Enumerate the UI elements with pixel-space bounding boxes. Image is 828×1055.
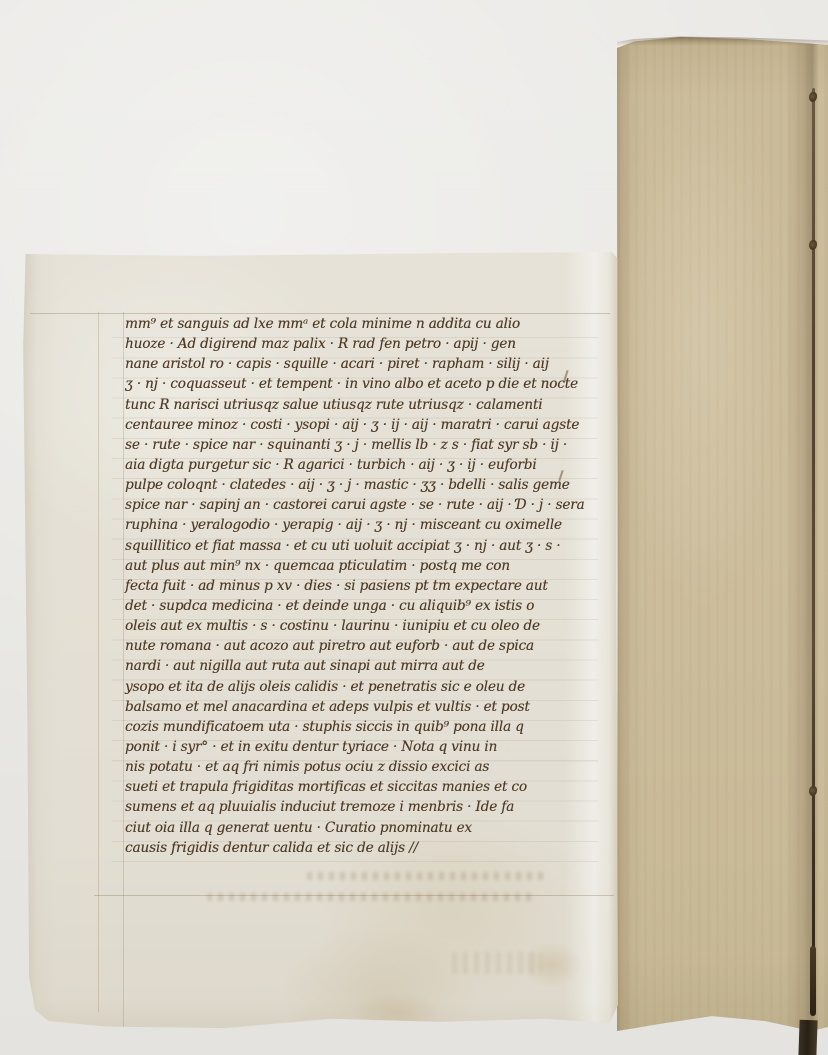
text-line: det · supdca medicina · et deinde unga ·… bbox=[125, 596, 599, 616]
parchment-stain bbox=[352, 992, 442, 1032]
text-line: nute romana · aut acozo aut piretro aut … bbox=[125, 636, 599, 656]
show-through-text bbox=[307, 872, 547, 880]
text-line: pulpe coloqnt · clatedes · aij · ʒ · j ·… bbox=[125, 475, 599, 495]
show-through-text bbox=[207, 893, 537, 901]
text-line: ciut oia illa q generat uentu · Curatio … bbox=[125, 818, 599, 838]
text-line: mm⁹ et sanguis ad lxe mmᵃ et cola minime… bbox=[125, 314, 599, 334]
text-line: nis potatu · et aq fri nimis potus ociu … bbox=[125, 757, 599, 777]
ribbon-tail bbox=[798, 1020, 817, 1055]
manuscript-leaf: mm⁹ et sanguis ad lxe mmᵃ et cola minime… bbox=[22, 252, 618, 1032]
text-line: nane aristol ro · capis · squille · acar… bbox=[125, 354, 599, 374]
text-line: huoze · Ad digirend maz palix · R rad fe… bbox=[125, 334, 599, 354]
ruling-line-vertical bbox=[98, 312, 99, 1012]
text-line: cozis mundificatoem uta · stuphis siccis… bbox=[125, 717, 599, 737]
manuscript-photo: mm⁹ et sanguis ad lxe mmᵃ et cola minime… bbox=[0, 0, 828, 1055]
facing-leaf bbox=[617, 36, 828, 1032]
text-line: squillitico et fiat massa · et cu uti uo… bbox=[125, 536, 599, 556]
text-line: sueti et trapula frigiditas mortificas e… bbox=[125, 777, 599, 797]
text-line: sumens et aq pluuialis induciut tremoze … bbox=[125, 797, 599, 817]
text-line: oleis aut ex multis · s · costinu · laur… bbox=[125, 616, 599, 636]
text-line: ysopo et ita de alijs oleis calidis · et… bbox=[125, 677, 599, 697]
sewing-thread bbox=[812, 88, 815, 1012]
text-line: ʒ · nj · coquasseut · et tempent · in vi… bbox=[125, 374, 599, 394]
show-through-text bbox=[452, 952, 542, 974]
text-line: se · rute · spice nar · squinanti ʒ · j … bbox=[125, 435, 599, 455]
text-block: mm⁹ et sanguis ad lxe mmᵃ et cola minime… bbox=[125, 314, 599, 858]
text-line: aut plus aut min⁹ nx · quemcaa pticulati… bbox=[125, 556, 599, 576]
text-line: causis frigidis dentur calida et sic de … bbox=[125, 838, 599, 858]
text-line: spice nar · sapinj an · castorei carui a… bbox=[125, 495, 599, 515]
text-line: centauree minoz · costi · ysopi · aij · … bbox=[125, 415, 599, 435]
text-line: fecta fuit · ad minus p xv · dies · si p… bbox=[125, 576, 599, 596]
text-line: aia digta purgetur sic · R agarici · tur… bbox=[125, 455, 599, 475]
text-line: ruphina · yeralogodio · yerapig · aij · … bbox=[125, 515, 599, 535]
facing-leaf-top-edge bbox=[617, 36, 828, 46]
text-line: ponit · i syr° · et in exitu dentur tyri… bbox=[125, 737, 599, 757]
thread-tail bbox=[810, 946, 816, 1016]
text-line: balsamo et mel anacardina et adeps vulpi… bbox=[125, 697, 599, 717]
text-line: tunc R narisci utriusqz salue utiusqz ru… bbox=[125, 395, 599, 415]
text-line: nardi · aut nigilla aut ruta aut sinapi … bbox=[125, 656, 599, 676]
